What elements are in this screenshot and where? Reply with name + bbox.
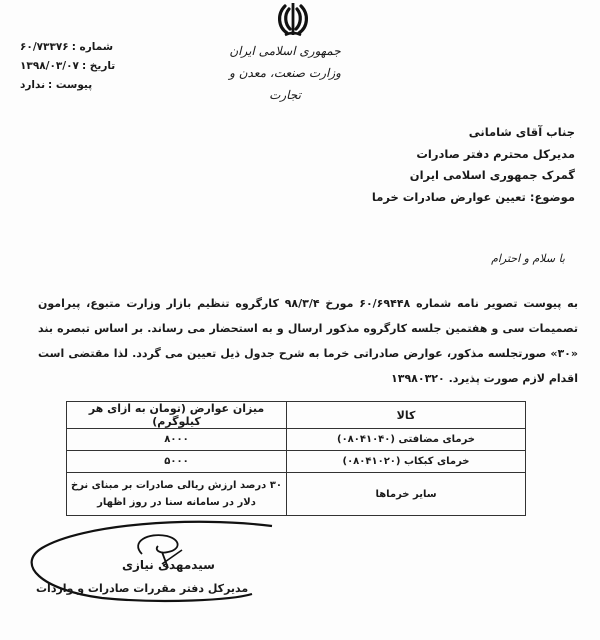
letter-date-row: تاریخ : ۱۳۹۸/۰۳/۰۷ — [20, 57, 130, 76]
date-label: تاریخ : — [82, 57, 115, 76]
signature-block: سیدمهدی نیازی مدیرکل دفتر مقررات صادرات … — [22, 520, 282, 610]
addressee-block: جناب آقای شامانی مدیرکل محترم دفتر صادرا… — [275, 122, 575, 208]
letter-meta: شماره : ۶۰/۷۳۳۷۶ تاریخ : ۱۳۹۸/۰۳/۰۷ پیوس… — [20, 38, 130, 95]
ministry-name: وزارت صنعت، معدن و تجارت — [215, 62, 355, 106]
number-value: ۶۰/۷۳۳۷۶ — [20, 38, 69, 57]
addressee-position: مدیرکل محترم دفتر صادرات — [275, 144, 575, 166]
column-header-goods: کالا — [287, 402, 526, 429]
body-paragraph: به پیوست تصویر نامه شماره ۶۰/۶۹۴۴۸ مورخ … — [38, 291, 578, 391]
country-name: جمهوری اسلامی ایران — [215, 40, 355, 62]
duty-cell: ۳۰ درصد ارزش ریالی صادرات بر مبنای نرخ د… — [67, 473, 287, 516]
duty-cell: ۵۰۰۰ — [67, 451, 287, 473]
ministry-header: جمهوری اسلامی ایران وزارت صنعت، معدن و ت… — [215, 40, 355, 106]
goods-cell: سایر خرماها — [287, 473, 526, 516]
goods-cell: خرمای مضافتی (۰۸۰۴۱۰۴۰) — [287, 429, 526, 451]
addressee-organization: گمرک جمهوری اسلامی ایران — [275, 165, 575, 187]
number-label: شماره : — [72, 38, 113, 57]
signer-title: مدیرکل دفتر مقررات صادرات و واردات — [36, 582, 248, 595]
letter-subject: موضوع: تعیین عوارض صادرات خرما — [275, 187, 575, 209]
greeting: با سلام و احترام — [491, 252, 565, 265]
table-header-row: کالا میزان عوارض (تومان به ازای هر کیلوگ… — [67, 402, 526, 429]
signer-name: سیدمهدی نیازی — [122, 558, 215, 572]
table-row: خرمای مضافتی (۰۸۰۴۱۰۴۰) ۸۰۰۰ — [67, 429, 526, 451]
letter-page: جمهوری اسلامی ایران وزارت صنعت، معدن و ت… — [0, 0, 600, 640]
duty-cell: ۸۰۰۰ — [67, 429, 287, 451]
letter-number-row: شماره : ۶۰/۷۳۳۷۶ — [20, 38, 130, 57]
column-header-duty: میزان عوارض (تومان به ازای هر کیلوگرم) — [67, 402, 287, 429]
attachment-label: پیوست : — [48, 76, 92, 95]
date-value: ۱۳۹۸/۰۳/۰۷ — [20, 57, 79, 76]
attachment-row: پیوست : ندارد — [20, 76, 130, 95]
table-row: خرمای کبکاب (۰۸۰۴۱۰۲۰) ۵۰۰۰ — [67, 451, 526, 473]
attachment-value: ندارد — [20, 76, 45, 95]
goods-cell: خرمای کبکاب (۰۸۰۴۱۰۲۰) — [287, 451, 526, 473]
addressee-name: جناب آقای شامانی — [275, 122, 575, 144]
table-row: سایر خرماها ۳۰ درصد ارزش ریالی صادرات بر… — [67, 473, 526, 516]
iran-emblem-icon — [273, 0, 313, 40]
export-duty-table: کالا میزان عوارض (تومان به ازای هر کیلوگ… — [66, 401, 526, 516]
